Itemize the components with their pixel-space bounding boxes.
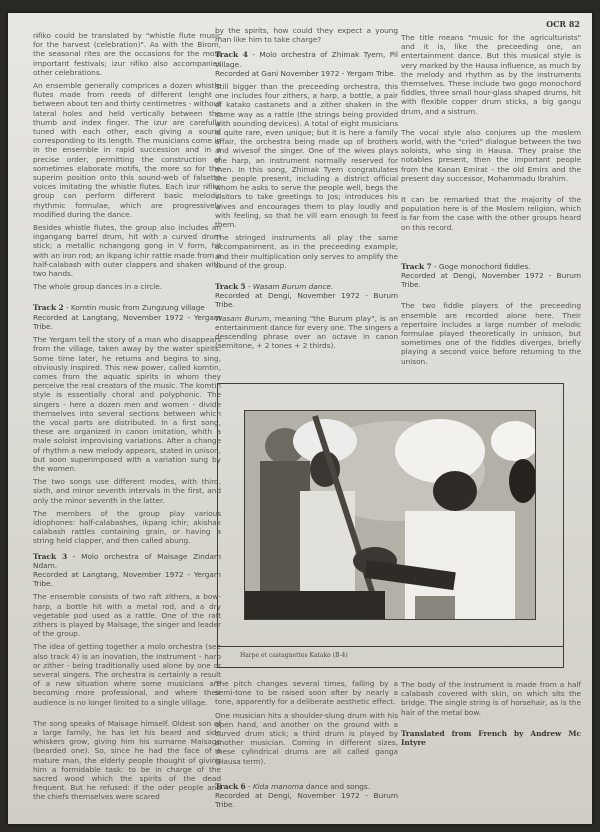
column-1: rɨfiko could be translated by "whistle f…: [33, 31, 221, 806]
track-2-paragraph: The two songs use different modes, with …: [33, 477, 221, 505]
track-2-heading: Track 2 - Komtin music from Zungzung vil…: [33, 303, 221, 312]
track-5-paragraph: Wasam Burum, meaning "the Burum play", i…: [215, 314, 398, 351]
catalog-number: OCR 82: [546, 19, 580, 29]
musicians-photo: [244, 410, 536, 620]
track-5-paragraph: One musician hits a shoulder-slung drum …: [215, 711, 398, 766]
figure-caption: Harpe et castagnettes Katako (B-4): [240, 652, 348, 659]
track-5-label: Track 5: [215, 282, 246, 291]
track-2-title: - Komtin music from Zungzung village: [64, 303, 205, 312]
track-3-paragraph: The ensemble consists of two raft zither…: [33, 592, 221, 638]
track-4-label: Track 4: [215, 50, 248, 59]
column-2-lower: The pitch changes several times, falling…: [215, 679, 398, 813]
intro-paragraph: An ensemble generally comprices a dozen …: [33, 81, 221, 219]
track-7-section: Track 7 - Goge monochord fiddles. Record…: [401, 262, 581, 366]
column-2: by the spirits, how could they expect a …: [215, 26, 398, 355]
track-3-section: Track 3 - Molo orchestra of Maisage Zind…: [33, 552, 221, 802]
paragraph: It can be remarked that the majority of …: [401, 195, 581, 232]
column-3-lower: The body of the instrument is made from …: [401, 680, 581, 751]
musicians-photo-image: [245, 411, 535, 619]
track-4-paragraph: The stringed instruments all play the sa…: [215, 233, 398, 270]
photo-frame: Harpe et castagnettes Katako (B-4): [217, 383, 564, 668]
track-5-paragraph: The pitch changes several times, falling…: [215, 679, 398, 707]
paragraph: The vocal style also conjures up the mos…: [401, 128, 581, 183]
track-2-recorded: Recorded at Langtang, November 1972 - Ye…: [33, 313, 221, 331]
track-5-section: Track 5 - Wasam Burum dance. Recorded at…: [215, 282, 398, 350]
liner-notes-page: OCR 82 rɨfiko could be translated by "wh…: [8, 13, 592, 824]
track-2-section: Track 2 - Komtin music from Zungzung vil…: [33, 303, 221, 545]
track-7-recorded: Recorded at Dengi, November 1972 - Burum…: [401, 271, 581, 289]
track-3-paragraph: The idea of getting together a molo orch…: [33, 642, 221, 706]
track-3-label: Track 3: [33, 552, 67, 561]
track-6-recorded: Recorded at Dengi, November 1972 - Burum…: [215, 791, 398, 809]
track-3-paragraph: The song speaks of Maisage himself. Olde…: [33, 719, 221, 802]
track-2-paragraph: The Yergam tell the story of a man who d…: [33, 335, 221, 473]
paragraph: The title means "music for the agricultu…: [401, 33, 581, 116]
track-2-label: Track 2: [33, 303, 64, 312]
track-6-section: Track 6 - Kida manoma dance and songs. R…: [215, 782, 398, 810]
track-7-label: Track 7: [401, 262, 432, 271]
translation-credit: Translated from French by Andrew Mc Inty…: [401, 729, 581, 747]
track-3-recorded: Recorded at Langtang, November 1972 - Ye…: [33, 570, 221, 588]
continuation-paragraph: by the spirits, how could they expect a …: [215, 26, 398, 44]
track-5-heading: Track 5 - Wasam Burum dance.: [215, 282, 398, 291]
track-6-heading: Track 6 - Kida manoma dance and songs.: [215, 782, 398, 791]
track-7-heading: Track 7 - Goge monochord fiddles.: [401, 262, 581, 271]
intro-paragraph: rɨfiko could be translated by "whistle f…: [33, 31, 221, 77]
caption-row: Harpe et castagnettes Katako (B-4): [218, 646, 563, 667]
track-3-heading: Track 3 - Molo orchestra of Maisage Zind…: [33, 552, 221, 570]
track-6-label: Track 6: [215, 782, 246, 791]
column-3: The title means "music for the agricultu…: [401, 33, 581, 370]
track-4-recorded: Recorded at Gani November 1972 - Yergam …: [215, 69, 398, 78]
track-5-title: Wasam Burum dance.: [253, 282, 333, 291]
track-6-title: Kida manoma: [253, 782, 304, 791]
paragraph: The body of the instrument is made from …: [401, 680, 581, 717]
track-5-recorded: Recorded at Dengi, November 1972 - Burum…: [215, 291, 398, 309]
track-4-section: Track 4 - Molo orchestra of Zhimak Tyem,…: [215, 50, 398, 270]
track-4-heading: Track 4 - Molo orchestra of Zhimak Tyem,…: [215, 50, 398, 68]
intro-paragraph: Besides whistle flutes, the group also i…: [33, 223, 221, 278]
track-7-title: - Goge monochord fiddles.: [432, 262, 531, 271]
intro-paragraph: The whole group dances in a circle.: [33, 282, 221, 291]
track-2-paragraph: The members of the group play various id…: [33, 509, 221, 546]
track-7-paragraph: The two fiddle players of the preceeding…: [401, 301, 581, 365]
track-4-paragraph: Still bigger than the preceeding orchest…: [215, 82, 398, 229]
